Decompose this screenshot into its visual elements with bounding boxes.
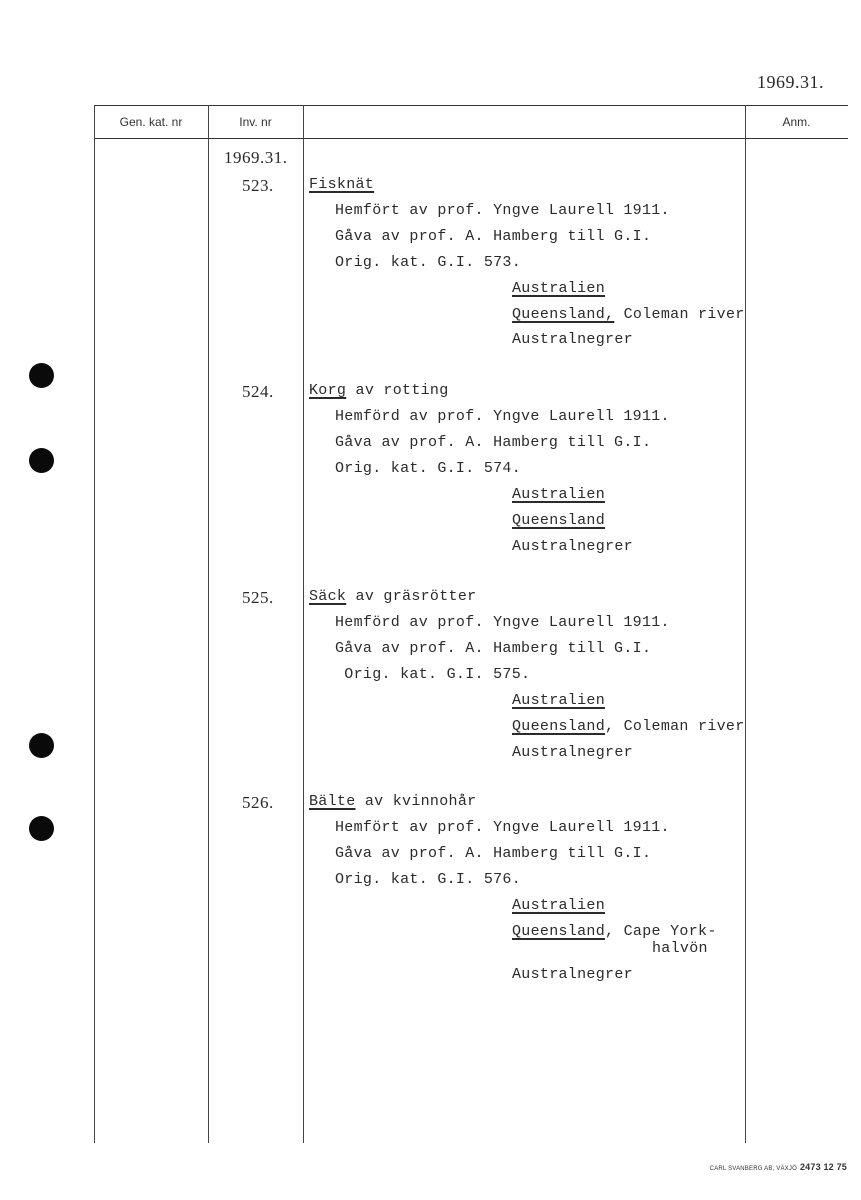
object-title: Säck av gräsrötter	[309, 588, 476, 605]
state: Queensland,	[512, 306, 614, 323]
place: , Cape York-	[605, 923, 717, 940]
place: , Coleman river	[605, 718, 745, 735]
object-material: av rotting	[346, 382, 448, 399]
provenance-line: Hemförd av prof. Yngve Laurell 1911.	[335, 408, 670, 425]
orig-cat-line: Orig. kat. G.I. 575.	[335, 666, 530, 683]
printer-name: CARL SVANBERG AB, VÄXJÖ	[710, 1166, 797, 1172]
object-name: Säck	[309, 588, 346, 605]
printer-imprint: CARL SVANBERG AB, VÄXJÖ2473 12 75	[710, 1162, 847, 1172]
inv-nr: 525.	[242, 588, 274, 608]
form-code: 2473 12 75	[800, 1162, 847, 1172]
provenance-line: Hemförd av prof. Yngve Laurell 1911.	[335, 614, 670, 631]
place-continued: halvön	[652, 940, 708, 957]
column-divider-inv-desc	[303, 105, 304, 1143]
region: Australien	[512, 280, 605, 297]
gift-line: Gåva av prof. A. Hamberg till G.I.	[335, 228, 651, 245]
location: Queensland, Coleman river	[512, 306, 745, 323]
inv-nr: 526.	[242, 793, 274, 813]
header-gen-kat-nr: Gen. kat. nr	[94, 106, 208, 138]
state: Queensland	[512, 512, 605, 529]
column-divider-gen-inv	[208, 105, 209, 1143]
column-divider-left	[94, 105, 95, 1143]
object-name: Fisknät	[309, 176, 374, 193]
header-inv-nr: Inv. nr	[208, 106, 303, 138]
object-title: Korg av rotting	[309, 382, 449, 399]
state: Queensland	[512, 718, 605, 735]
object-material: av kvinnohår	[356, 793, 477, 810]
state: Queensland	[512, 923, 605, 940]
binder-hole	[29, 733, 54, 758]
location: Queensland, Coleman river	[512, 718, 745, 735]
object-title: Bälte av kvinnohår	[309, 793, 476, 810]
region: Australien	[512, 692, 605, 709]
gift-line: Gåva av prof. A. Hamberg till G.I.	[335, 640, 651, 657]
series-label: 1969.31.	[224, 148, 288, 168]
location: Queensland	[512, 512, 605, 529]
gift-line: Gåva av prof. A. Hamberg till G.I.	[335, 434, 651, 451]
object-material: av gräsrötter	[346, 588, 476, 605]
binder-hole	[29, 816, 54, 841]
people: Australnegrer	[512, 331, 633, 348]
region: Australien	[512, 486, 605, 503]
inv-nr: 523.	[242, 176, 274, 196]
region: Australien	[512, 897, 605, 914]
object-name: Bälte	[309, 793, 356, 810]
binder-hole	[29, 448, 54, 473]
binder-hole	[29, 363, 54, 388]
place: Coleman river	[614, 306, 744, 323]
object-title: Fisknät	[309, 176, 374, 193]
provenance-line: Hemfört av prof. Yngve Laurell 1911.	[335, 202, 670, 219]
people: Australnegrer	[512, 538, 633, 555]
object-name: Korg	[309, 382, 346, 399]
page-number: 1969.31.	[757, 72, 824, 93]
gift-line: Gåva av prof. A. Hamberg till G.I.	[335, 845, 651, 862]
orig-cat-line: Orig. kat. G.I. 576.	[335, 871, 521, 888]
column-divider-desc-anm	[745, 105, 746, 1143]
header-anm: Anm.	[745, 106, 848, 138]
people: Australnegrer	[512, 966, 633, 983]
provenance-line: Hemfört av prof. Yngve Laurell 1911.	[335, 819, 670, 836]
inv-nr: 524.	[242, 382, 274, 402]
orig-cat-line: Orig. kat. G.I. 574.	[335, 460, 521, 477]
people: Australnegrer	[512, 744, 633, 761]
orig-cat-line: Orig. kat. G.I. 573.	[335, 254, 521, 271]
location: Queensland, Cape York-	[512, 923, 717, 940]
